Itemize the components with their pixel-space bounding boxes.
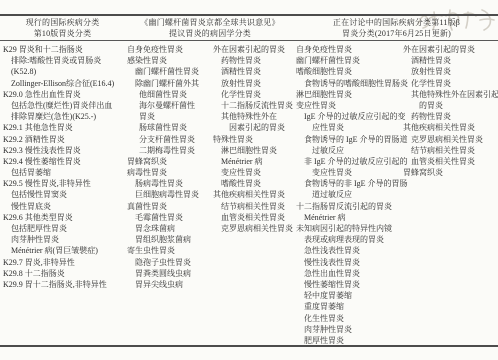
table-row: 胃组织胞浆菌病 (127, 234, 212, 245)
table-row: 其他疾病相关性胃炎 (403, 122, 497, 133)
table-row: 因素引起的胃炎 (213, 122, 295, 133)
table-row: 排除胃糜烂(急性)(K25.-) (3, 111, 125, 122)
table-row: 结节病相关性胃炎 (403, 145, 497, 156)
table-row: 药物性胃炎 (213, 55, 295, 66)
table-row: 急性浅表性胃炎 (296, 245, 402, 256)
table-row: K29.0 急性出血性胃炎 (3, 89, 125, 100)
table-row: 海尔曼螺杆菌性 (127, 100, 212, 111)
header-icd10: 现行的国际疾病分类 第10版胃炎分类 (0, 16, 125, 40)
table-row: 除幽门螺杆菌外其 (127, 78, 212, 89)
table-row: 胃蜂窝织炎 (127, 156, 212, 167)
table-row: 道过敏反应 (296, 189, 402, 200)
table-row: 巨细胞病毒性胃炎 (127, 189, 212, 200)
column-icd11-a: 自身免疫性胃炎幽门螺杆菌性胃炎嗜酸细胞性胃炎食物诱导的嗜酸细胞性胃肠炎淋巴细胞性… (296, 44, 402, 346)
table-row: IgE 介导的过敏反应引起的变 (296, 111, 402, 122)
table-row: Ménétrier 病 (213, 156, 295, 167)
table-row: 慢性浅表性胃炎 (296, 257, 402, 268)
table-row: 分支杆菌性胃炎 (127, 134, 212, 145)
table-row: 淋巴细胞性胃炎 (213, 145, 295, 156)
table-row: 急性出血性胃炎 (296, 268, 402, 279)
table-row: K29.1 其他急性胃炎 (3, 122, 125, 133)
table-row: K29.2 酒精性胃炎 (3, 134, 125, 145)
table-row: 血管炎相关性胃炎 (213, 212, 295, 223)
table-row: 胃异尖线虫病 (127, 279, 212, 290)
table-row: 化生性胃炎 (296, 313, 402, 324)
table-row: 表现或病理表现的胃炎 (296, 234, 402, 245)
table-row: Ménétrier 病(胃巨皱襞症) (3, 245, 125, 256)
header-kyoto-line2: 提议胃炎的病因学分类 (125, 28, 295, 39)
table-row: 过敏反应 (296, 145, 402, 156)
table-row: 嗜酸细胞性胃炎 (296, 66, 402, 77)
header-icd11: 正在讨论中的国际疾病分类第11版β 胃炎分类(2017年6月25日更新) (295, 16, 498, 40)
table-row: 排除:嗜酸性胃炎或胃肠炎 (3, 55, 125, 66)
table-row: Ménétrier 病 (296, 212, 402, 223)
table-body: K29 胃炎和十二指肠炎排除:嗜酸性胃炎或胃肠炎(K52.8)Zollinger… (0, 41, 498, 347)
table-row: 他细菌性胃炎 (127, 89, 212, 100)
table-row: 包括慢性胃窦炎 (3, 189, 125, 200)
table-row: 自身免疫性胃炎 (127, 44, 212, 55)
header-icd10-line1: 现行的国际疾病分类 (0, 17, 125, 28)
table-row: 包括肥厚性胃炎 (3, 223, 125, 234)
table-row: 隐孢子虫性胃炎 (127, 257, 212, 268)
table-row: 食物诱导的 IgE 介导的胃肠道 (296, 134, 402, 145)
table-row: K29.9 胃十二指肠炎,非特异性 (3, 279, 125, 290)
table-row: 其他特殊性外在因素引起 (403, 89, 497, 100)
table-row: 慢性胃底炎 (3, 201, 125, 212)
table-row: 嗜酸性胃炎 (213, 178, 295, 189)
table-row: 包括胃萎缩 (3, 167, 125, 178)
table-row: 病毒性胃炎 (127, 167, 212, 178)
table-row: 毛霉菌性胃炎 (127, 212, 212, 223)
table-row: 二期梅毒性胃炎 (127, 145, 212, 156)
table-row: K29.4 慢性萎缩性胃炎 (3, 156, 125, 167)
table-row: 重度胃萎缩 (296, 301, 402, 312)
table-row: 肠病毒性胃炎 (127, 178, 212, 189)
header-kyoto: 《幽门螺杆菌胃炎京都全球共识意见》 提议胃炎的病因学分类 (125, 16, 295, 40)
table-row: 慢性萎缩性胃炎 (296, 279, 402, 290)
column-kyoto-b: 外在因素引起的胃炎药物性胃炎酒精性胃炎放射性胃炎化学性胃炎十二指肠反流性胃炎其他… (213, 44, 295, 234)
table-row: 化学性胃炎 (213, 89, 295, 100)
table-row: 食物诱导的嗜酸细胞性胃肠炎 (296, 78, 402, 89)
table-row: 放射性胃炎 (213, 78, 295, 89)
table-row: 放射性胃炎 (403, 66, 497, 77)
table-row: 化学性胃炎 (403, 78, 497, 89)
table-row: 真菌性胃炎 (127, 201, 212, 212)
column-icd10: K29 胃炎和十二指肠炎排除:嗜酸性胃炎或胃肠炎(K52.8)Zollinger… (3, 44, 125, 290)
table-row: 肉芽肿性胃炎 (3, 234, 125, 245)
table-row: 包括急性(糜烂性)胃炎伴出血 (3, 100, 125, 111)
table-row: 其他特殊性外在 (213, 111, 295, 122)
table-row: 自身免疫性胃炎 (296, 44, 402, 55)
table-row: Zollinger-Ellison综合征(E16.4) (3, 78, 125, 89)
table-row: 应性胃炎 (296, 122, 402, 133)
table-row: 胃粪类圆线虫病 (127, 268, 212, 279)
table-row: K29.8 十二指肠炎 (3, 268, 125, 279)
table-row: 淋巴细胞性胃炎 (296, 89, 402, 100)
table-row: 胃炎 (127, 111, 212, 122)
table-row: 特殊性胃炎 (213, 134, 295, 145)
table-row: 药物性胃炎 (403, 111, 497, 122)
table-row: (K52.8) (3, 66, 125, 77)
table-row: 酒精性胃炎 (213, 66, 295, 77)
table-row: K29.6 其他类型胃炎 (3, 212, 125, 223)
table-row: 幽门螺杆菌性胃炎 (296, 55, 402, 66)
table-row: 的胃炎 (403, 100, 497, 111)
table-row: 感染性胃炎 (127, 55, 212, 66)
table-row: 血管炎相关性胃炎 (403, 156, 497, 167)
table-row: 轻中度胃萎缩 (296, 290, 402, 301)
table-header-row: 现行的国际疾病分类 第10版胃炎分类 《幽门螺杆菌胃炎京都全球共识意见》 提议胃… (0, 14, 498, 41)
column-kyoto-a: 自身免疫性胃炎感染性胃炎幽门螺杆菌性胃炎除幽门螺杆菌外其他细菌性胃炎海尔曼螺杆菌… (127, 44, 212, 290)
table-row: 非 IgE 介导的过敏反应引起的 (296, 156, 402, 167)
table-row: 寄生虫性胃炎 (127, 245, 212, 256)
table-row: 幽门螺杆菌性胃炎 (127, 66, 212, 77)
table-row: 胃念珠菌病 (127, 223, 212, 234)
table-row: 食物诱导的非 IgE 介导的胃肠 (296, 178, 402, 189)
table-row: 十二指肠胃反流引起的胃炎 (296, 201, 402, 212)
header-icd11-line1: 正在讨论中的国际疾病分类第11版β (295, 17, 498, 28)
gastritis-classification-table: 现行的国际疾病分类 第10版胃炎分类 《幽门螺杆菌胃炎京都全球共识意见》 提议胃… (0, 14, 498, 347)
header-icd10-line2: 第10版胃炎分类 (0, 28, 125, 39)
table-row: 胃蜂窝织炎 (403, 167, 497, 178)
column-icd11-b: 外在因素引起的胃炎酒精性胃炎放射性胃炎化学性胃炎其他特殊性外在因素引起的胃炎药物… (403, 44, 497, 178)
table-row: 其他疾病相关性胃炎 (213, 189, 295, 200)
table-row: 结节病相关性胃炎 (213, 201, 295, 212)
table-row: 肠球菌性胃炎 (127, 122, 212, 133)
table-row: 外在因素引起的胃炎 (213, 44, 295, 55)
table-row: K29.5 慢性胃炎,非特异性 (3, 178, 125, 189)
header-kyoto-line1: 《幽门螺杆菌胃炎京都全球共识意见》 (125, 17, 295, 28)
table-row: 变应性胃炎 (296, 167, 402, 178)
table-row: K29.7 胃炎,非特异性 (3, 257, 125, 268)
table-row: 外在因素引起的胃炎 (403, 44, 497, 55)
table-row: 肥厚性胃炎 (296, 335, 402, 346)
table-row: 变应性胃炎 (296, 100, 402, 111)
table-row: 克罗恩病相关性胃炎 (403, 134, 497, 145)
table-row: 克罗恩病相关性胃炎 (213, 223, 295, 234)
table-row: K29 胃炎和十二指肠炎 (3, 44, 125, 55)
scanned-document-page: 现行的国际疾病分类 第10版胃炎分类 《幽门螺杆菌胃炎京都全球共识意见》 提议胃… (0, 0, 498, 360)
table-row: 变应性胃炎 (213, 167, 295, 178)
table-row: 酒精性胃炎 (403, 55, 497, 66)
table-row: 十二指肠反流性胃炎 (213, 100, 295, 111)
table-row: 未知病因引起的特异性内镜 (296, 223, 402, 234)
table-row: K29.3 慢性浅表性胃炎 (3, 145, 125, 156)
table-row: 肉芽肿性胃炎 (296, 324, 402, 335)
header-icd11-line2: 胃炎分类(2017年6月25日更新) (295, 28, 498, 39)
